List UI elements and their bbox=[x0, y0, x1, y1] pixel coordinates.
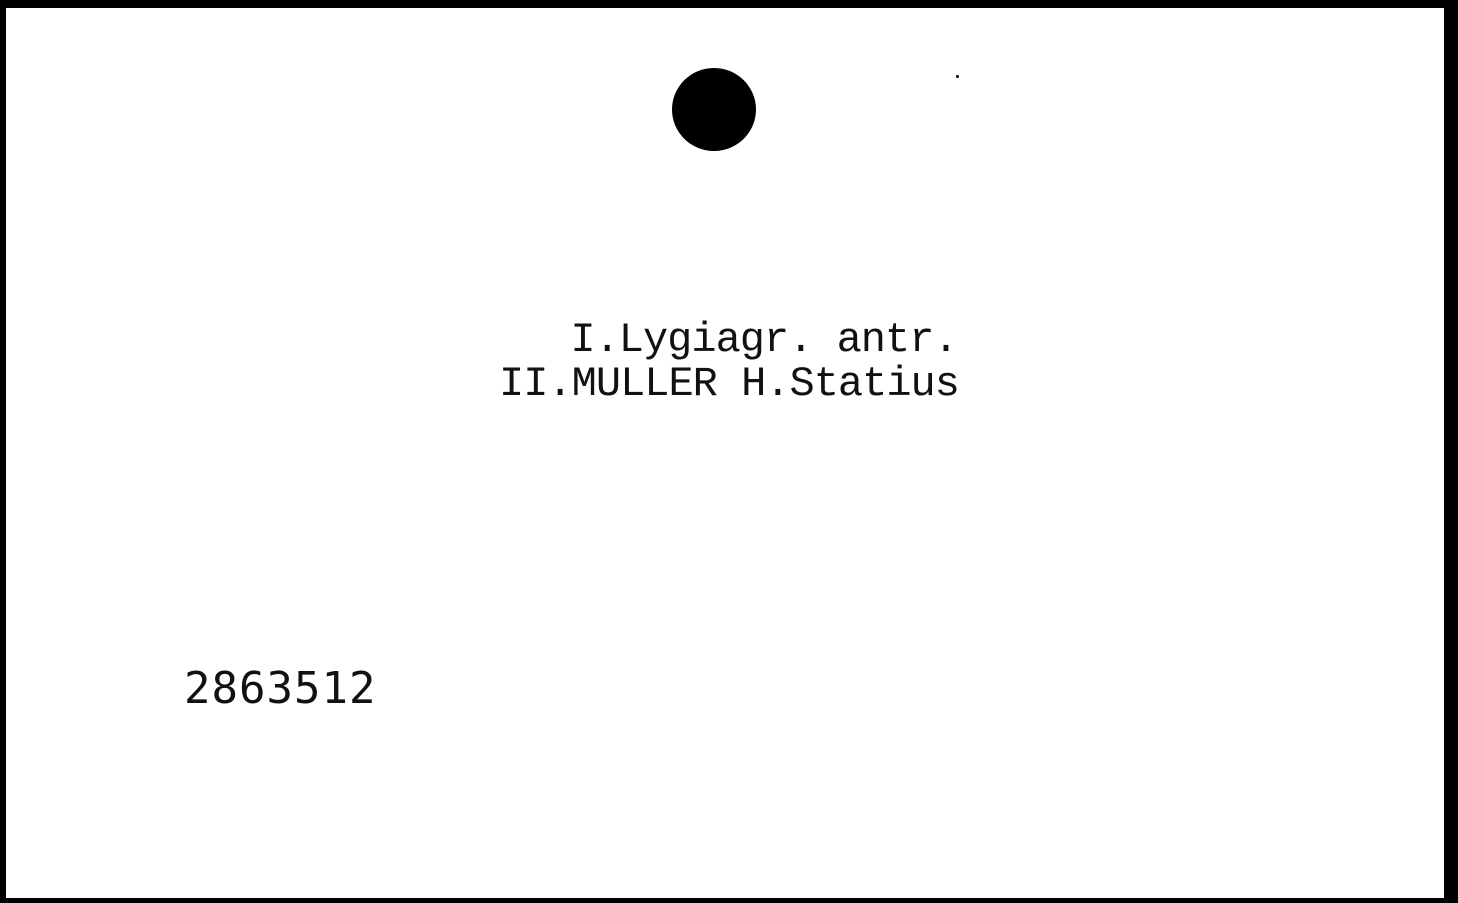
scan-border bbox=[0, 898, 1458, 903]
card-number: 2863512 bbox=[184, 664, 376, 714]
heading-line-author: II.MULLER H.Statius bbox=[0, 362, 1458, 406]
paper-speck bbox=[956, 75, 959, 78]
punch-hole bbox=[672, 68, 756, 151]
heading-line-subject: I.Lygiagr. antr. bbox=[0, 318, 1458, 362]
subject-text: I.Lygiagr. antr. bbox=[570, 318, 957, 362]
author-text: II.MULLER H.Statius bbox=[499, 362, 959, 406]
card-heading: I.Lygiagr. antr. II.MULLER H.Statius bbox=[0, 318, 1458, 406]
